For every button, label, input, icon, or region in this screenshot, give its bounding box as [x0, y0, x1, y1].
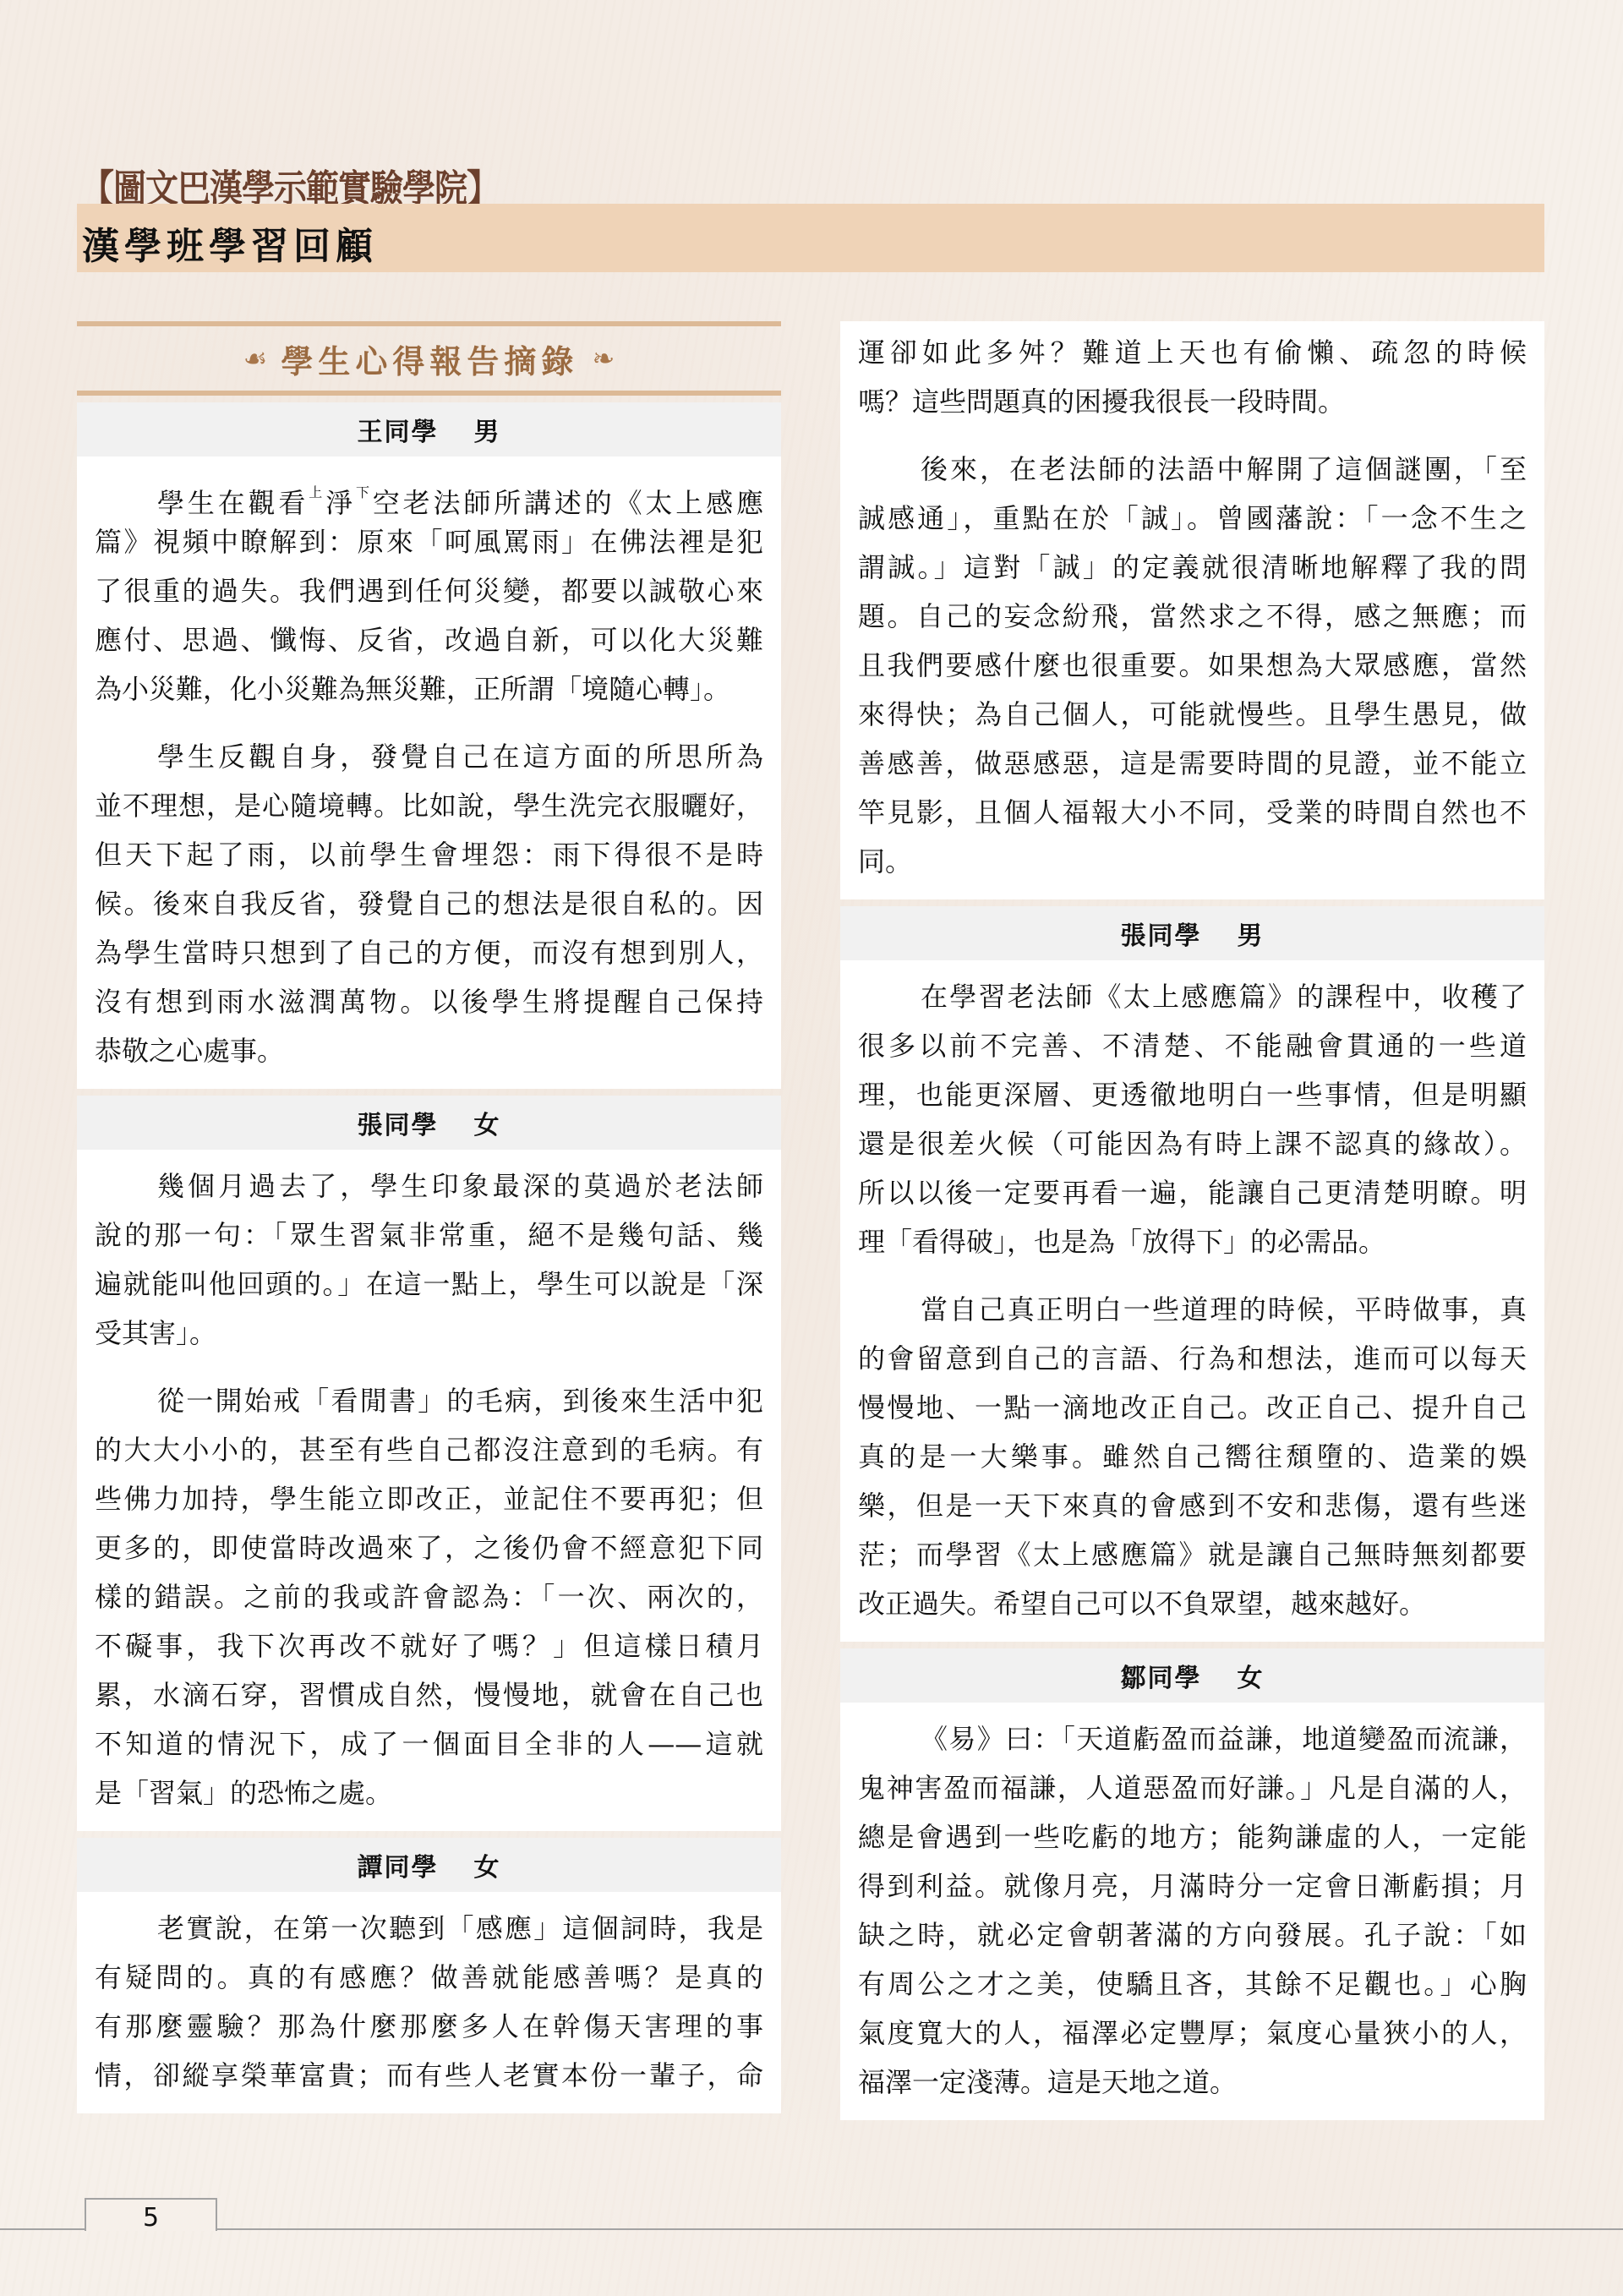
student-report: 在學習老法師《太上感應篇》的課程中，收穫了很多以前不完善、不清楚、不能融會貫通的… [840, 960, 1544, 1642]
student-header: 張同學女 [77, 1096, 781, 1150]
report-paragraph: 《易》曰：「天道虧盈而益謙，地道變盈而流謙，鬼神害盈而福謙，人道惡盈而好謙。」凡… [858, 1714, 1527, 2107]
text-line: 來得快；為自己個人，可能就慢些。且學生愚見，做 [858, 690, 1527, 739]
text-line: 樣的錯誤。之前的我或許會認為：「一次、兩次的， [95, 1572, 763, 1621]
text-line: 情，卻縱享榮華富貴；而有些人老實本份一輩子，命 [95, 2051, 763, 2100]
text-line: 嗎？這些問題真的困擾我很長一段時間。 [858, 377, 1527, 426]
text-line: 真的是一大樂事。雖然自己嚮往頹墮的、造業的娛 [858, 1432, 1527, 1481]
page-number: 5 [85, 2198, 217, 2231]
text-line: 題。自己的妄念紛飛，當然求之不得，感之無應；而 [858, 592, 1527, 641]
flourish-right-icon: ❧ [592, 342, 615, 374]
honorific-down: 下 [356, 484, 373, 500]
text-line: 累，水滴石穿，習慣成自然，慢慢地，就會在自己也 [95, 1670, 763, 1719]
footer-line [0, 2228, 1623, 2230]
student-name: 王同學 [358, 411, 439, 448]
student-header: 譚同學女 [77, 1838, 781, 1892]
text-line: 沒有想到雨水滋潤萬物。以後學生將提醒自己保持 [95, 977, 763, 1026]
text-line: 當自己真正明白一些道理的時候，平時做事，真 [858, 1285, 1527, 1334]
report-paragraph: 在學習老法師《太上感應篇》的課程中，收穫了很多以前不完善、不清楚、不能融會貫通的… [858, 972, 1527, 1266]
text-line: 應付、思過、懺悔、反省，改過自新，可以化大災難 [95, 615, 763, 664]
report-paragraph: 運卻如此多舛？難道上天也有偷懶、疏忽的時候嗎？這些問題真的困擾我很長一段時間。 [858, 328, 1527, 426]
text-line: 從一開始戒「看閒書」的毛病，到後來生活中犯 [95, 1376, 763, 1425]
text-line: 《易》曰：「天道虧盈而益謙，地道變盈而流謙， [858, 1714, 1527, 1763]
text-line: 不礙事，我下次再改不就好了嗎？」但這樣日積月 [95, 1621, 763, 1670]
text-line: 理，也能更深層、更透徹地明白一些事情，但是明顯 [858, 1070, 1527, 1119]
text-line: 誠感通」，重點在於「誠」。曾國藩說：「一念不生之 [858, 494, 1527, 543]
text-line: 是「習氣」的恐怖之處。 [95, 1768, 763, 1818]
text-line: 學生反觀自身，發覺自己在這方面的所思所為 [95, 732, 763, 781]
text-line: 還是很差火候（可能因為有時上課不認真的緣故）。 [858, 1119, 1527, 1168]
student-name: 鄒同學 [1121, 1657, 1202, 1694]
text-line: 且我們要感什麼也很重要。如果想為大眾感應，當然 [858, 641, 1527, 690]
text-line: 恭敬之心處事。 [95, 1026, 763, 1075]
text-line: 了很重的過失。我們遇到任何災變，都要以誠敬心來 [95, 566, 763, 615]
text-line: 但天下起了雨，以前學生會埋怨：雨下得很不是時 [95, 830, 763, 879]
text-line: 同。 [858, 837, 1527, 886]
student-header: 鄒同學女 [840, 1648, 1544, 1703]
honorific-up: 上 [309, 484, 325, 500]
text-line: 運卻如此多舛？難道上天也有偷懶、疏忽的時候 [858, 328, 1527, 377]
student-name: 張同學 [1121, 915, 1202, 952]
report-paragraph: 學生在觀看上淨下空老法師所講述的《太上感應篇》視頻中瞭解到：原來「呵風罵雨」在佛… [95, 468, 763, 713]
text-line: 很多以前不完善、不清楚、不能融會貫通的一些道 [858, 1021, 1527, 1070]
text-line: 缺之時，就必定會朝著滿的方向發展。孔子說：「如 [858, 1911, 1527, 1960]
text-line: 說的那一句：「眾生習氣非常重，絕不是幾句話、幾 [95, 1211, 763, 1260]
section-title-text: 學生心得報告摘錄 [281, 336, 578, 382]
student-report: 《易》曰：「天道虧盈而益謙，地道變盈而流謙，鬼神害盈而福謙，人道惡盈而好謙。」凡… [840, 1703, 1544, 2120]
text-line: 為小災難，化小災難為無災難，正所謂「境隨心轉」。 [95, 664, 763, 713]
text-line: 有周公之才之美，使驕且吝，其餘不足觀也。」心胸 [858, 1960, 1527, 2009]
text-line: 幾個月過去了，學生印象最深的莫過於老法師 [95, 1162, 763, 1211]
student-name: 張同學 [358, 1104, 439, 1141]
text-line: 茫；而學習《太上感應篇》就是讓自己無時無刻都要 [858, 1530, 1527, 1579]
text-line: 氣度寬大的人，福澤必定豐厚；氣度心量狹小的人， [858, 2009, 1527, 2058]
report-paragraph: 從一開始戒「看閒書」的毛病，到後來生活中犯的大大小小的，甚至有些自己都沒注意到的… [95, 1376, 763, 1818]
text-line: 理「看得破」，也是為「放得下」的必需品。 [858, 1217, 1527, 1266]
text-line: 有那麼靈驗？那為什麼那麼多人在幹傷天害理的事 [95, 2002, 763, 2051]
text-line: 老實說，在第一次聽到「感應」這個詞時，我是 [95, 1904, 763, 1953]
text-line: 得到利益。就像月亮，月滿時分一定會日漸虧損；月 [858, 1861, 1527, 1911]
text-line: 更多的，即使當時改過來了，之後仍會不經意犯下同 [95, 1523, 763, 1572]
title-bar: 漢學班學習回顧 [77, 204, 1544, 272]
text-line: 福澤一定淺薄。這是天地之道。 [858, 2058, 1527, 2107]
text-line: 竿見影，且個人福報大小不同，受業的時間自然也不 [858, 788, 1527, 837]
student-gender: 男 [474, 411, 501, 448]
text-line: 學生在觀看上淨下空老法師所講述的《太上感應 [95, 468, 763, 517]
flourish-left-icon: ☙ [243, 342, 268, 374]
text-line: 不知道的情況下，成了一個面目全非的人——這就 [95, 1719, 763, 1768]
report-paragraph: 老實說，在第一次聽到「感應」這個詞時，我是有疑問的。真的有感應？做善就能感善嗎？… [95, 1904, 763, 2100]
student-name: 譚同學 [358, 1846, 439, 1883]
text-line: 的大大小小的，甚至有些自己都沒注意到的毛病。有 [95, 1425, 763, 1474]
student-header: 張同學男 [840, 906, 1544, 960]
text-line: 遍就能叫他回頭的。」在這一點上，學生可以說是「深 [95, 1260, 763, 1309]
text-line: 受其害」。 [95, 1309, 763, 1358]
student-gender: 男 [1238, 915, 1265, 952]
text-line: 在學習老法師《太上感應篇》的課程中，收穫了 [858, 972, 1527, 1021]
student-gender: 女 [474, 1104, 501, 1141]
text-line: 些佛力加持，學生能立即改正，並記住不要再犯；但 [95, 1474, 763, 1523]
report-paragraph: 幾個月過去了，學生印象最深的莫過於老法師說的那一句：「眾生習氣非常重，絕不是幾句… [95, 1162, 763, 1358]
page-title: 漢學班學習回顧 [82, 216, 378, 270]
text-line: 善感善，做惡感惡，這是需要時間的見證，並不能立 [858, 739, 1527, 788]
section-title: ☙ 學生心得報告摘錄 ❧ [77, 326, 781, 391]
divider-bottom [77, 391, 781, 396]
student-report: 幾個月過去了，學生印象最深的莫過於老法師說的那一句：「眾生習氣非常重，絕不是幾句… [77, 1150, 781, 1831]
student-report: 學生在觀看上淨下空老法師所講述的《太上感應篇》視頻中瞭解到：原來「呵風罵雨」在佛… [77, 456, 781, 1089]
student-report: 運卻如此多舛？難道上天也有偷懶、疏忽的時候嗎？這些問題真的困擾我很長一段時間。後… [840, 321, 1544, 899]
text-line: 總是會遇到一些吃虧的地方；能夠謙虛的人，一定能 [858, 1812, 1527, 1861]
text-line: 樂，但是一天下來真的會感到不安和悲傷，還有些迷 [858, 1481, 1527, 1530]
text-line: 慢慢地、一點一滴地改正自己。改正自己、提升自己 [858, 1383, 1527, 1432]
student-gender: 女 [474, 1846, 501, 1883]
text-line: 的會留意到自己的言語、行為和想法，進而可以每天 [858, 1334, 1527, 1383]
text-line: 鬼神害盈而福謙，人道惡盈而好謙。」凡是自滿的人， [858, 1763, 1527, 1812]
left-cards: 王同學男學生在觀看上淨下空老法師所講述的《太上感應篇》視頻中瞭解到：原來「呵風罵… [77, 402, 781, 2113]
left-column: ☙ 學生心得報告摘錄 ❧ 王同學男學生在觀看上淨下空老法師所講述的《太上感應篇》… [77, 321, 781, 2113]
text-line: 為學生當時只想到了自己的方便，而沒有想到別人， [95, 928, 763, 977]
text-line: 謂誠。」這對「誠」的定義就很清晰地解釋了我的問 [858, 543, 1527, 592]
right-cards: 運卻如此多舛？難道上天也有偷懶、疏忽的時候嗎？這些問題真的困擾我很長一段時間。後… [840, 321, 1544, 2120]
student-header: 王同學男 [77, 402, 781, 456]
right-column: 運卻如此多舛？難道上天也有偷懶、疏忽的時候嗎？這些問題真的困擾我很長一段時間。後… [840, 321, 1544, 2120]
text-line: 改正過失。希望自己可以不負眾望，越來越好。 [858, 1579, 1527, 1628]
text-line: 所以以後一定要再看一遍，能讓自己更清楚明瞭。明 [858, 1168, 1527, 1217]
report-paragraph: 後來，在老法師的法語中解開了這個謎團，「至誠感通」，重點在於「誠」。曾國藩說：「… [858, 445, 1527, 886]
text-line: 並不理想，是心隨境轉。比如說，學生洗完衣服曬好， [95, 781, 763, 830]
text-line: 候。後來自我反省，發覺自己的想法是很自私的。因 [95, 879, 763, 928]
student-report: 老實說，在第一次聽到「感應」這個詞時，我是有疑問的。真的有感應？做善就能感善嗎？… [77, 1892, 781, 2113]
report-paragraph: 當自己真正明白一些道理的時候，平時做事，真的會留意到自己的言語、行為和想法，進而… [858, 1285, 1527, 1628]
text-line: 後來，在老法師的法語中解開了這個謎團，「至 [858, 445, 1527, 494]
text-line: 篇》視頻中瞭解到：原來「呵風罵雨」在佛法裡是犯 [95, 517, 763, 566]
report-paragraph: 學生反觀自身，發覺自己在這方面的所思所為並不理想，是心隨境轉。比如說，學生洗完衣… [95, 732, 763, 1075]
student-gender: 女 [1238, 1657, 1265, 1694]
text-line: 有疑問的。真的有感應？做善就能感善嗎？是真的 [95, 1953, 763, 2002]
